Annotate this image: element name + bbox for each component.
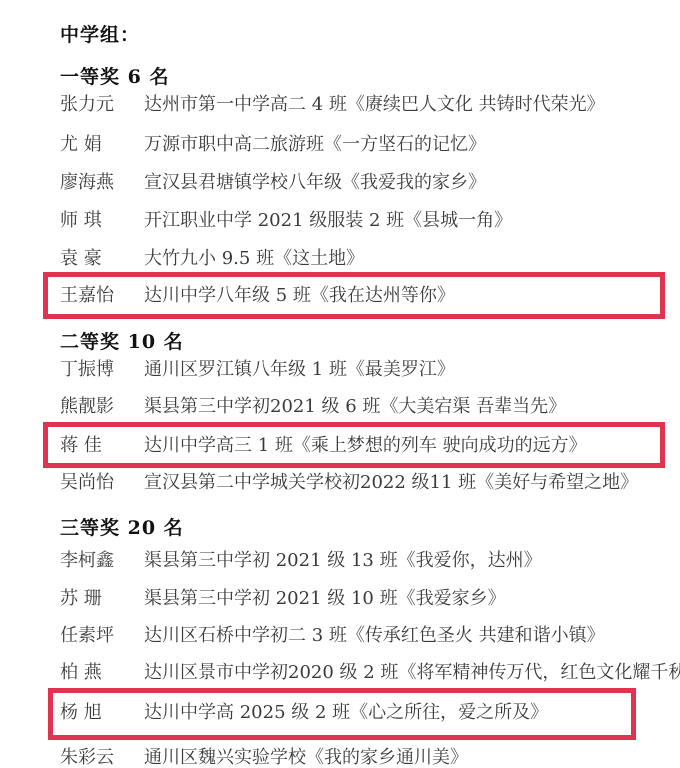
entry-school: 渠县第三中学初2021 级 6 班 [144, 396, 380, 417]
list-item-highlighted: 杨 旭达川中学高 2025 级 2 班《心之所往，爱之所及》 [60, 698, 548, 728]
entry-name: 苏 珊 [60, 584, 144, 614]
list-item: 廖海燕宣汉县君塘镇学校八年级《我爱我的家乡》 [60, 168, 486, 198]
entry-school: 通川区罗江镇八年级 1 班 [144, 359, 347, 380]
entry-work: 《我在达州等你》 [311, 285, 455, 306]
entry-work: 《一方坚石的记忆》 [324, 134, 486, 155]
list-item: 朱彩云通川区魏兴实验学校《我的家乡通川美》 [60, 743, 468, 768]
entry-school: 达川中学高三 1 班 [144, 435, 293, 456]
entry-name: 柏 燕 [60, 658, 144, 688]
entry-school: 万源市职中高二旅游班 [144, 134, 324, 155]
entry-work: 《县城一角》 [404, 210, 512, 231]
entry-school: 宣汉县第二中学城关学校初2022 级11 班 [144, 472, 476, 493]
list-item: 尤 娟万源市职中高二旅游班《一方坚石的记忆》 [60, 130, 486, 160]
entry-work: 《这土地》 [274, 248, 364, 269]
entry-name: 李柯鑫 [60, 546, 144, 576]
entry-name: 任素坪 [60, 621, 144, 651]
entry-school: 渠县第三中学初 2021 级 10 班 [144, 588, 398, 609]
list-item: 吴尚怡宣汉县第二中学城关学校初2022 级11 班《美好与希望之地》 [60, 468, 638, 498]
entry-name: 师 琪 [60, 206, 144, 236]
entry-name: 蒋 佳 [60, 431, 144, 461]
entry-name: 王嘉怡 [60, 281, 144, 311]
list-item: 袁 豪大竹九小 9.5 班《这土地》 [60, 244, 364, 274]
entry-name: 吴尚怡 [60, 468, 144, 498]
entry-school: 宣汉县君塘镇学校八年级 [144, 172, 342, 193]
list-item: 张力元达州市第一中学高二 4 班《赓续巴人文化 共铸时代荣光》 [60, 90, 605, 120]
list-item: 熊靓影渠县第三中学初2021 级 6 班《大美宕渠 吾辈当先》 [60, 392, 566, 422]
section-title-second-prize: 二等奖 10 名 [60, 327, 184, 354]
section-title-first-prize: 一等奖 6 名 [60, 62, 169, 89]
entry-work: 《心之所往，爱之所及》 [350, 702, 548, 723]
entry-name: 张力元 [60, 90, 144, 120]
entry-work: 《乘上梦想的列车 驶向成功的远方》 [293, 435, 587, 456]
list-item: 师 琪开江职业中学 2021 级服装 2 班《县城一角》 [60, 206, 512, 236]
entry-work: 《我爱我的家乡》 [342, 172, 486, 193]
entry-school: 达川中学高 2025 级 2 班 [144, 702, 350, 723]
entry-name: 朱彩云 [60, 743, 144, 768]
entry-work: 《美好与希望之地》 [476, 472, 638, 493]
entry-name: 尤 娟 [60, 130, 144, 160]
list-item: 李柯鑫渠县第三中学初 2021 级 13 班《我爱你，达州》 [60, 546, 542, 576]
entry-school: 达川中学八年级 5 班 [144, 285, 311, 306]
entry-work: 《将军精神传万代，红色文化耀千秋》 [398, 662, 680, 683]
entry-work: 《最美罗江》 [347, 359, 455, 380]
entry-name: 廖海燕 [60, 168, 144, 198]
entry-work: 《大美宕渠 吾辈当先》 [380, 396, 566, 417]
section-title-third-prize: 三等奖 20 名 [60, 513, 184, 540]
group-title: 中学组： [60, 20, 140, 47]
list-item-highlighted: 蒋 佳达川中学高三 1 班《乘上梦想的列车 驶向成功的远方》 [60, 431, 587, 461]
list-item: 丁振博通川区罗江镇八年级 1 班《最美罗江》 [60, 355, 455, 385]
list-item: 任素坪达川区石桥中学初二 3 班《传承红色圣火 共建和谐小镇》 [60, 621, 605, 651]
entry-school: 达川区景市中学初2020 级 2 班 [144, 662, 398, 683]
entry-school: 达川区石桥中学初二 3 班 [144, 625, 347, 646]
list-item: 柏 燕达川区景市中学初2020 级 2 班《将军精神传万代，红色文化耀千秋》 [60, 658, 680, 688]
entry-work: 《我的家乡通川美》 [306, 747, 468, 768]
entry-work: 《传承红色圣火 共建和谐小镇》 [347, 625, 605, 646]
entry-work: 《赓续巴人文化 共铸时代荣光》 [347, 94, 605, 115]
list-item-highlighted: 王嘉怡达川中学八年级 5 班《我在达州等你》 [60, 281, 455, 311]
entry-school: 大竹九小 9.5 班 [144, 248, 274, 269]
entry-school: 通川区魏兴实验学校 [144, 747, 306, 768]
entry-name: 熊靓影 [60, 392, 144, 422]
entry-school: 达州市第一中学高二 4 班 [144, 94, 347, 115]
entry-name: 杨 旭 [60, 698, 144, 728]
entry-name: 丁振博 [60, 355, 144, 385]
entry-school: 渠县第三中学初 2021 级 13 班 [144, 550, 398, 571]
entry-name: 袁 豪 [60, 244, 144, 274]
entry-school: 开江职业中学 2021 级服装 2 班 [144, 210, 404, 231]
entry-work: 《我爱你，达州》 [398, 550, 542, 571]
entry-work: 《我爱家乡》 [398, 588, 506, 609]
list-item: 苏 珊渠县第三中学初 2021 级 10 班《我爱家乡》 [60, 584, 506, 614]
